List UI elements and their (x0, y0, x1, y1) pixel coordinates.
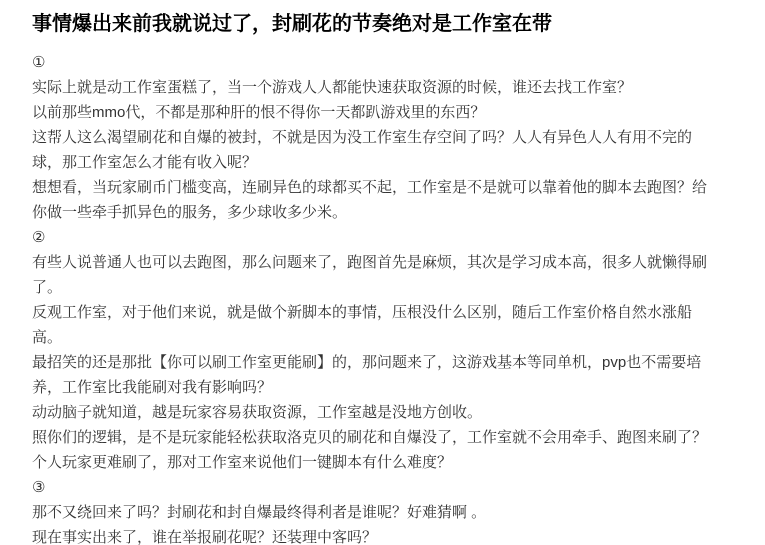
section-marker: ③ (32, 475, 731, 500)
text-line: 你做一些牵手抓异色的服务，多少球收多少米。 (32, 200, 731, 225)
text-line: 想想看，当玩家刷币门槛变高，连刷异色的球都买不起，工作室是不是就可以靠着他的脚本… (32, 175, 731, 200)
section-marker: ② (32, 225, 731, 250)
text-line: 那不又绕回来了吗？封刷花和封自爆最终得利者是谁呢？好难猜啊 。 (32, 500, 731, 525)
section-marker: ① (32, 50, 731, 75)
text-line: 有些人说普通人也可以去跑图，那么问题来了，跑图首先是麻烦，其次是学习成本高，很多… (32, 250, 731, 275)
text-line: 现在事实出来了，谁在举报刷花呢？还装理中客吗？ (32, 525, 731, 545)
text-line: 实际上就是动工作室蛋糕了，当一个游戏人人都能快速获取资源的时候，谁还去找工作室？ (32, 75, 731, 100)
text-line: 个人玩家更难刷了，那对工作室来说他们一键脚本有什么难度？ (32, 450, 731, 475)
post-title: 事情爆出来前我就说过了，封刷花的节奏绝对是工作室在带 (32, 11, 731, 38)
text-line: 高。 (32, 325, 731, 350)
post-page: 事情爆出来前我就说过了，封刷花的节奏绝对是工作室在带 ①实际上就是动工作室蛋糕了… (0, 0, 765, 545)
text-line: 这帮人这么渴望刷花和自爆的被封，不就是因为没工作室生存空间了吗？人人有异色人人有… (32, 125, 731, 150)
text-line: 养，工作室比我能刷对我有影响吗？ (32, 375, 731, 400)
text-line: 以前那些mmo代，不都是那种肝的恨不得你一天都趴游戏里的东西？ (32, 100, 731, 125)
text-line: 球，那工作室怎么才能有收入呢？ (32, 150, 731, 175)
text-line: 动动脑子就知道，越是玩家容易获取资源，工作室越是没地方创收。 (32, 400, 731, 425)
post-content: ①实际上就是动工作室蛋糕了，当一个游戏人人都能快速获取资源的时候，谁还去找工作室… (32, 50, 731, 545)
text-line: 照你们的逻辑，是不是玩家能轻松获取洛克贝的刷花和自爆没了，工作室就不会用牵手、跑… (32, 425, 731, 450)
text-line: 反观工作室，对于他们来说，就是做个新脚本的事情，压根没什么区别，随后工作室价格自… (32, 300, 731, 325)
text-line: 了。 (32, 275, 731, 300)
text-line: 最招笑的还是那批【你可以刷工作室更能刷】的，那问题来了，这游戏基本等同单机，pv… (32, 350, 731, 375)
